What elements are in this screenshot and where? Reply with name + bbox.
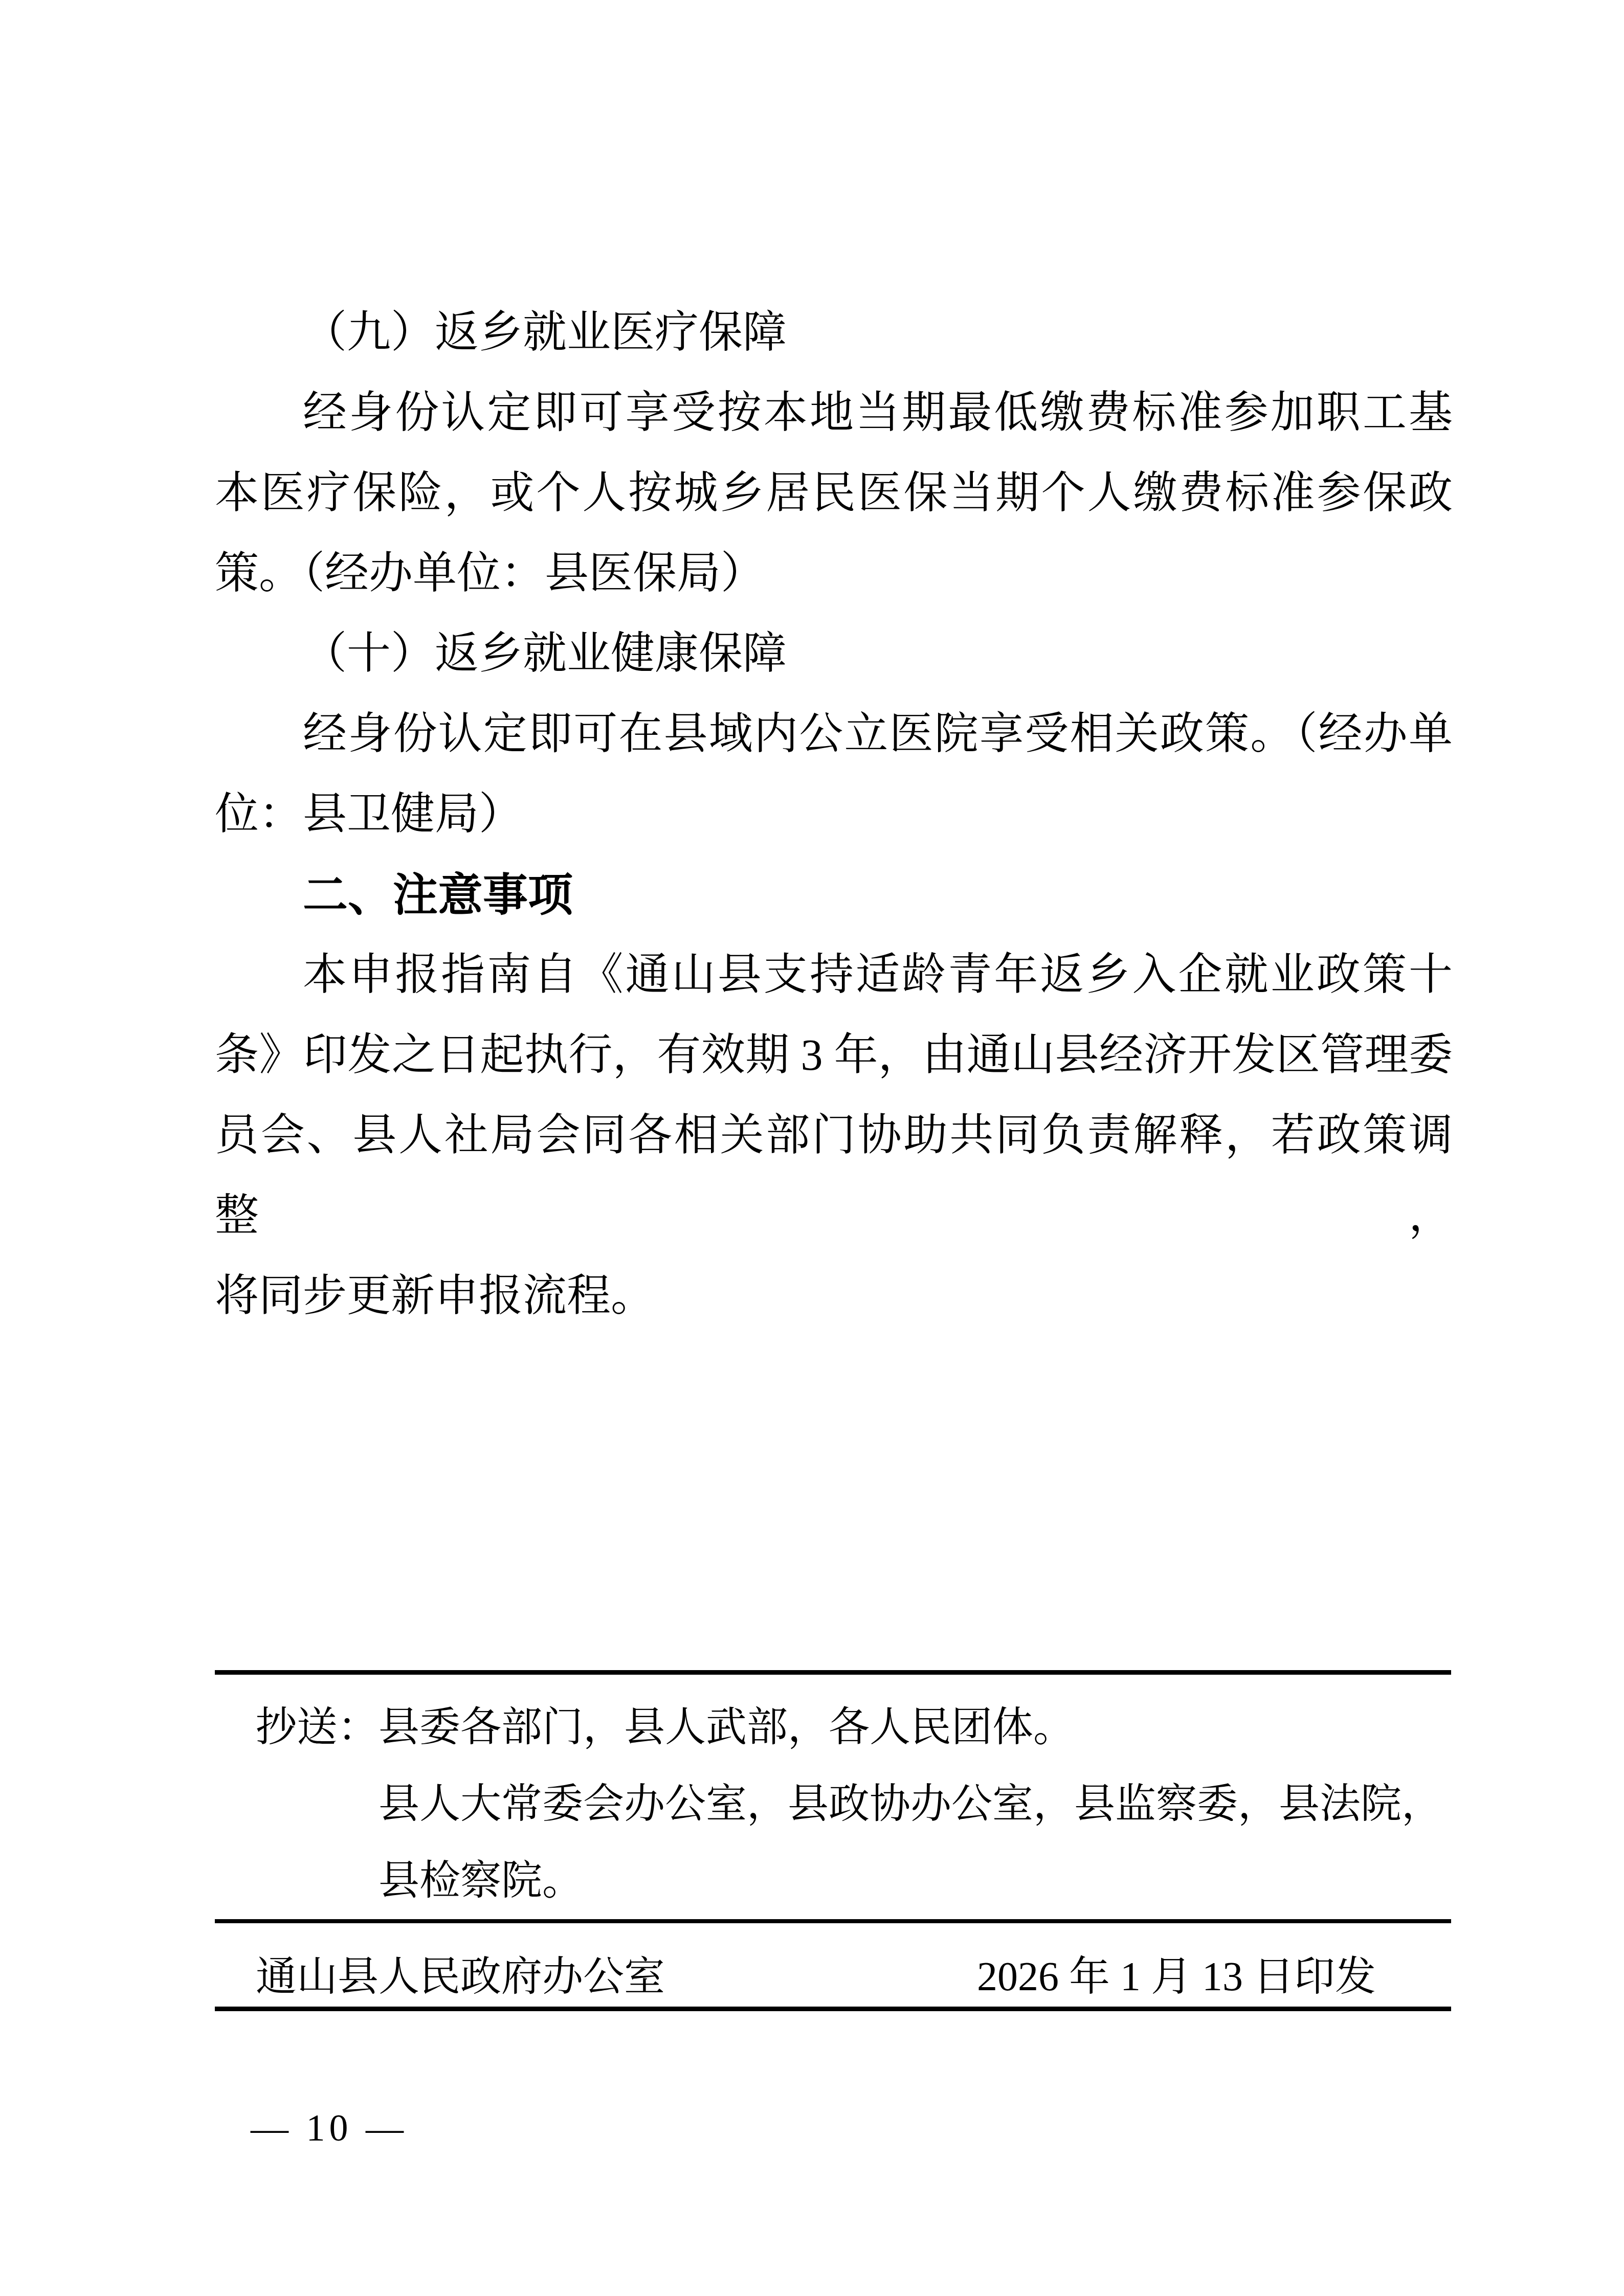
footer-rule-bottom: [215, 2007, 1451, 2011]
text-line: 经身份认定即可享受按本地当期最低缴费标准参加职工基: [215, 373, 1453, 453]
copy-to-recipients: 县人大常委会办公室，县政协办公室，县监察委，县法院，: [379, 1766, 1494, 1842]
text-line: 策。（经办单位：县医保局）: [215, 533, 1453, 614]
text-line: 将同步更新申报流程。: [215, 1256, 1453, 1336]
issuer-row: 通山县人民政府办公室 2026 年 1 月 13 日印发: [256, 1941, 1376, 2005]
copy-to-recipients: 县委各部门，县人武部，各人民团体。: [379, 1689, 1074, 1766]
document-page: （九）返乡就业医疗保障经身份认定即可享受按本地当期最低缴费标准参加职工基本医疗保…: [0, 0, 1624, 2296]
footer-rule-middle: [215, 1919, 1451, 1923]
text-line: 员会、县人社局会同各相关部门协助共同负责解释，若政策调整，: [215, 1095, 1453, 1256]
copy-to-recipients: 县检察院。: [379, 1842, 1494, 1919]
copy-to-label: 抄送：: [256, 1689, 379, 1766]
print-date: 2026 年 1 月 13 日印发: [977, 1943, 1376, 2002]
footer-rule-top: [215, 1670, 1451, 1675]
paragraph-health: 经身份认定即可在县域内公立医院享受相关政策。（经办单位：县卫健局）: [215, 694, 1453, 854]
issuer-office: 通山县人民政府办公室: [256, 1943, 665, 2002]
text-line: 本医疗保险，或个人按城乡居民医保当期个人缴费标准参保政: [215, 453, 1453, 533]
paragraph-medical: 经身份认定即可享受按本地当期最低缴费标准参加职工基本医疗保险，或个人按城乡居民医…: [215, 373, 1453, 614]
subsection-heading-9: （九）返乡就业医疗保障: [215, 292, 1453, 373]
text-line: 位：县卫健局）: [215, 774, 1453, 854]
paragraph-notes: 本申报指南自《通山县支持适龄青年返乡入企就业政策十条》印发之日起执行，有效期 3…: [215, 935, 1453, 1336]
section-heading-notes: 二、注意事项: [215, 854, 1453, 935]
text-line: 经身份认定即可在县域内公立医院享受相关政策。（经办单: [215, 694, 1453, 774]
document-body: （九）返乡就业医疗保障经身份认定即可享受按本地当期最低缴费标准参加职工基本医疗保…: [215, 292, 1453, 1336]
copy-to-row: 抄送：县委各部门，县人武部，各人民团体。: [256, 1689, 1494, 1766]
copy-to-block: 抄送：县委各部门，县人武部，各人民团体。县人大常委会办公室，县政协办公室，县监察…: [256, 1689, 1494, 1919]
page-number: — 10 —: [251, 2107, 408, 2150]
text-line: 条》印发之日起执行，有效期 3 年，由通山县经济开发区管理委: [215, 1015, 1453, 1095]
subsection-heading-10: （十）返乡就业健康保障: [215, 614, 1453, 694]
text-line: 本申报指南自《通山县支持适龄青年返乡入企就业政策十: [215, 935, 1453, 1015]
